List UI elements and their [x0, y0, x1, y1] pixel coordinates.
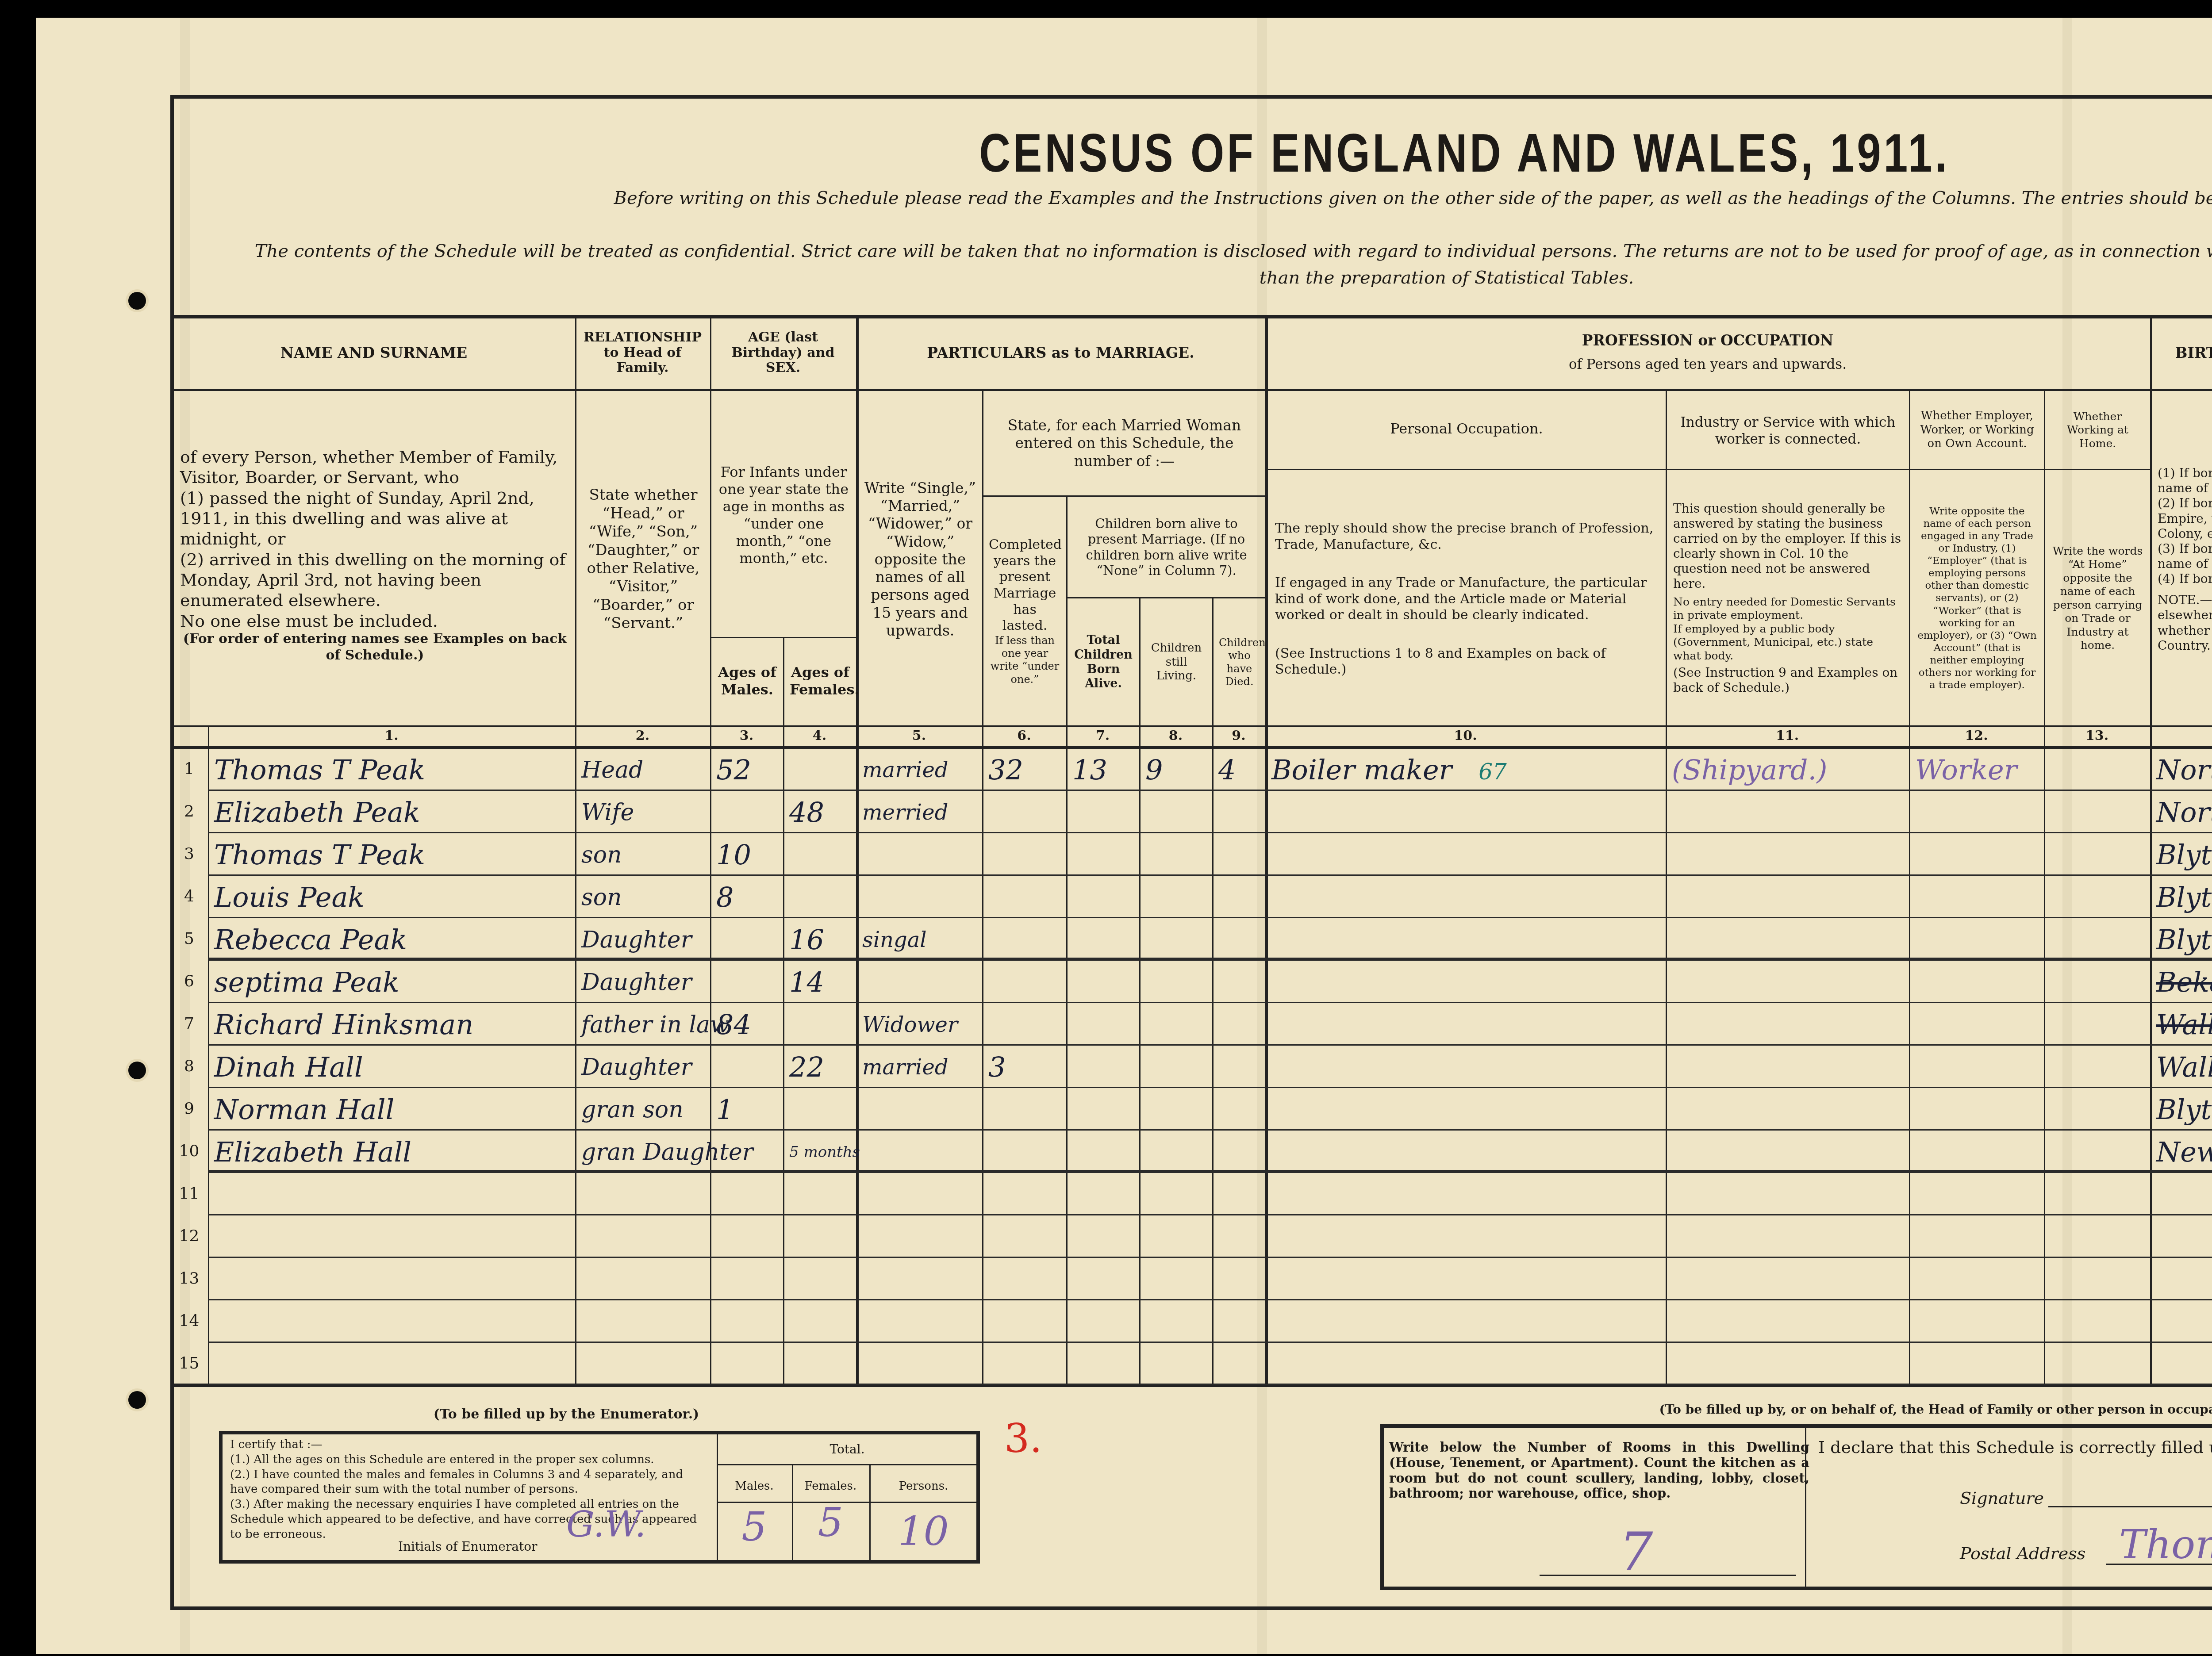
relationship-cell[interactable]: [581, 1261, 707, 1299]
home-cell[interactable]: [2050, 1218, 2147, 1256]
children-total-cell[interactable]: [1072, 1303, 1137, 1341]
marital-status-cell[interactable]: singal: [862, 921, 979, 959]
birthplace-cell[interactable]: [2156, 1218, 2212, 1256]
employer-cell[interactable]: [1915, 1176, 2041, 1214]
colnum-12: 12.: [1909, 728, 2044, 744]
relationship-cell[interactable]: father in law: [581, 1006, 707, 1044]
age-female-cell[interactable]: [789, 1345, 853, 1384]
home-instructions: Write the words “At Home” opposite the n…: [2045, 471, 2150, 725]
marital-status-cell[interactable]: [862, 1261, 979, 1299]
name-cell-value: septima Peak: [214, 966, 399, 998]
years-married-cell[interactable]: [988, 836, 1064, 874]
relationship-cell[interactable]: son: [581, 878, 707, 916]
birthplace-cell[interactable]: Bekals Blyth: [2156, 963, 2212, 1001]
occupation-cell[interactable]: [1271, 793, 1663, 832]
persons-total[interactable]: 10: [869, 1508, 978, 1555]
name-instr-line: (For order of entering names see Example…: [180, 631, 570, 663]
children-living-cell[interactable]: [1145, 1218, 1210, 1256]
table-row: 15: [170, 1343, 2212, 1385]
birthplace-instr-line: (2) If born in any other part of the Bri…: [2158, 496, 2212, 541]
employer-cell[interactable]: [1915, 1133, 2041, 1171]
children-died-cell[interactable]: [1218, 878, 1263, 916]
home-cell[interactable]: [2050, 793, 2147, 832]
children-living-cell[interactable]: [1145, 963, 1210, 1001]
name-cell[interactable]: Richard Hinksman: [214, 1006, 572, 1044]
age-male-cell[interactable]: [716, 1176, 780, 1214]
relationship-cell[interactable]: Head: [581, 751, 707, 789]
children-total-cell[interactable]: [1072, 1091, 1137, 1129]
industry-cell[interactable]: [1672, 963, 1906, 1001]
birthplace-instr-line: (4) If born at sea, write “At Sea.”: [2158, 571, 2212, 586]
header-rule: [170, 389, 2212, 391]
occupation-cell[interactable]: [1271, 963, 1663, 1001]
table-row: 6septima PeakDaughter14Bekals Blyth: [170, 961, 2212, 1003]
married-woman-instructions: State, for each Married Woman entered on…: [983, 391, 1265, 495]
birthplace-cell[interactable]: Blyth: [2156, 878, 2212, 916]
occupation-cell[interactable]: [1271, 836, 1663, 874]
age-female-cell[interactable]: 48: [789, 793, 853, 832]
employer-cell[interactable]: [1915, 921, 2041, 959]
children-living-cell[interactable]: [1145, 1345, 1210, 1384]
age-male-cell[interactable]: 8: [716, 878, 780, 916]
employer-cell[interactable]: [1915, 836, 2041, 874]
age-female-cell[interactable]: 22: [789, 1048, 853, 1086]
header-rule: [982, 495, 1265, 497]
employer-instructions: Write opposite the name of each person e…: [1910, 471, 2044, 725]
age-female-cell[interactable]: [789, 1006, 853, 1044]
name-cell-value: Elizabeth Hall: [214, 1136, 411, 1168]
occupation-cell[interactable]: [1271, 1303, 1663, 1341]
industry-cell[interactable]: [1672, 878, 1906, 916]
years-married-cell[interactable]: [988, 1345, 1064, 1384]
header-birthplace: BIRTHPLACE of every person.: [2150, 317, 2212, 389]
age-female-cell[interactable]: [789, 1091, 853, 1129]
home-cell[interactable]: [2050, 1345, 2147, 1384]
years-married-cell[interactable]: [988, 963, 1064, 1001]
occupation-cell[interactable]: [1271, 1261, 1663, 1299]
years-married-cell[interactable]: [988, 1176, 1064, 1214]
age-female-cell[interactable]: [789, 836, 853, 874]
marital-status-cell[interactable]: Widower: [862, 1006, 979, 1044]
age-male-cell-value: 84: [716, 1008, 751, 1041]
home-cell[interactable]: [2050, 1303, 2147, 1341]
age-female-cell-value: 48: [789, 796, 824, 828]
industry-cell[interactable]: [1672, 793, 1906, 832]
birthplace-cell-value: Blyth: [2156, 924, 2212, 956]
employer-cell[interactable]: [1915, 1048, 2041, 1086]
age-male-cell[interactable]: 52: [716, 751, 780, 789]
header-name: NAME AND SURNAME: [173, 317, 575, 389]
total-label: Total.: [717, 1442, 978, 1457]
name-cell[interactable]: [214, 1261, 572, 1299]
name-cell[interactable]: [214, 1303, 572, 1341]
name-cell[interactable]: Thomas T Peak: [214, 836, 572, 874]
home-cell[interactable]: [2050, 921, 2147, 959]
age-female-cell[interactable]: [789, 1176, 853, 1214]
age-male-cell[interactable]: [716, 793, 780, 832]
table-row: 10Elizabeth Hallgran Daughter5 monthsNew…: [170, 1131, 2212, 1173]
industry-cell[interactable]: [1672, 836, 1906, 874]
children-total-cell[interactable]: [1072, 1218, 1137, 1256]
row-number: 2: [170, 802, 208, 820]
table-row: 11: [170, 1173, 2212, 1215]
relationship-cell-value: Daughter: [581, 969, 692, 996]
marital-status-cell[interactable]: married: [862, 751, 979, 789]
table-row: 12: [170, 1215, 2212, 1258]
children-living-cell[interactable]: [1145, 1048, 1210, 1086]
children-total-cell[interactable]: [1072, 1345, 1137, 1384]
colnum-10: 10.: [1265, 728, 1666, 744]
children-living-cell[interactable]: [1145, 836, 1210, 874]
relationship-cell[interactable]: Daughter: [581, 921, 707, 959]
row-number: 9: [170, 1100, 208, 1118]
industry-cell[interactable]: [1672, 1176, 1906, 1214]
marital-status-cell[interactable]: merried: [862, 793, 979, 832]
age-male-cell[interactable]: 84: [716, 1006, 780, 1044]
years-married-cell[interactable]: 3: [988, 1048, 1064, 1086]
row-number: 7: [170, 1015, 208, 1033]
header-marriage: PARTICULARS as to MARRIAGE.: [856, 317, 1265, 389]
colnum-13: 13.: [2044, 728, 2150, 744]
marital-status-cell[interactable]: married: [862, 1048, 979, 1086]
age-male-cell[interactable]: [716, 1261, 780, 1299]
age-female-cell[interactable]: [789, 751, 853, 789]
occupation-cell[interactable]: [1271, 1133, 1663, 1171]
children-total-cell[interactable]: [1072, 1133, 1137, 1171]
industry-cell-value: (Shipyard.): [1672, 754, 1827, 786]
birthplace-cell[interactable]: North shields292 / 1: [2156, 751, 2212, 789]
birthplace-cell[interactable]: [2156, 1176, 2212, 1214]
row-rule: [208, 1384, 2212, 1385]
enumerator-initials[interactable]: G.W.: [566, 1504, 646, 1545]
children-living-cell[interactable]: [1145, 1133, 1210, 1171]
age-female-cell[interactable]: 5 months: [789, 1133, 853, 1171]
age-female-cell[interactable]: [789, 1303, 853, 1341]
industry-cell[interactable]: [1672, 1303, 1906, 1341]
home-cell[interactable]: [2050, 751, 2147, 789]
age-male-cell[interactable]: [716, 1133, 780, 1171]
relationship-cell[interactable]: Daughter: [581, 1048, 707, 1086]
children-died-cell[interactable]: [1218, 836, 1263, 874]
birthplace-cell[interactable]: Blyth: [2156, 836, 2212, 874]
children-total-cell[interactable]: [1072, 878, 1137, 916]
marital-status-cell[interactable]: [862, 836, 979, 874]
children-total-cell[interactable]: [1072, 1176, 1137, 1214]
signature-label: Signature: [1960, 1488, 2044, 1508]
home-cell[interactable]: [2050, 1261, 2147, 1299]
name-cell[interactable]: septima Peak: [214, 963, 572, 1001]
children-living-cell[interactable]: [1145, 1176, 1210, 1214]
children-total-cell[interactable]: 13: [1072, 751, 1137, 789]
years-married-cell[interactable]: [988, 878, 1064, 916]
age-female-cell[interactable]: [789, 878, 853, 916]
relationship-cell[interactable]: [581, 1345, 707, 1384]
birthplace-cell[interactable]: Blyth: [2156, 921, 2212, 959]
relationship-cell[interactable]: gran son: [581, 1091, 707, 1129]
children-living-label: Children still Living.: [1141, 599, 1212, 725]
rooms-count[interactable]: 7: [1619, 1522, 1653, 1583]
occupation-cell[interactable]: [1271, 921, 1663, 959]
row-number: 14: [170, 1312, 208, 1330]
children-living-cell[interactable]: 9: [1145, 751, 1210, 789]
home-cell[interactable]: [2050, 963, 2147, 1001]
row-number: 5: [170, 930, 208, 948]
name-cell[interactable]: [214, 1218, 572, 1256]
years-married-cell[interactable]: [988, 1006, 1064, 1044]
children-total-cell-value: 13: [1072, 754, 1107, 786]
home-cell[interactable]: [2050, 1006, 2147, 1044]
initials-label: Initials of Enumerator: [398, 1539, 538, 1554]
occupation-cell[interactable]: [1271, 1176, 1663, 1214]
industry-instr-line: If employed by a public body (Government…: [1673, 622, 1904, 663]
struck-birthplace: Bekals: [2156, 966, 2212, 998]
marital-status-cell[interactable]: [862, 963, 979, 1001]
name-cell[interactable]: Louis Peak: [214, 878, 572, 916]
occupation-cell[interactable]: [1271, 1218, 1663, 1256]
home-cell[interactable]: [2050, 1048, 2147, 1086]
colnum-14: 14.: [2150, 728, 2212, 744]
name-cell[interactable]: Elizabeth Hall: [214, 1133, 572, 1171]
years-married-cell[interactable]: 32: [988, 751, 1064, 789]
head-signature[interactable]: Thomas T Peak: [2119, 1522, 2212, 1568]
row-number: 13: [170, 1269, 208, 1288]
birthplace-cell[interactable]: North shields: [2156, 793, 2212, 832]
children-died-cell[interactable]: [1218, 1133, 1263, 1171]
children-died-cell[interactable]: [1218, 1176, 1263, 1214]
age-female-cell[interactable]: [789, 1261, 853, 1299]
age-female-cell[interactable]: 16: [789, 921, 853, 959]
age-male-cell[interactable]: 10: [716, 836, 780, 874]
marital-status-cell-value: married: [862, 758, 949, 782]
children-died-cell[interactable]: [1218, 1303, 1263, 1341]
row-rule: [208, 958, 2212, 961]
industry-cell[interactable]: [1672, 1345, 1906, 1384]
children-died-cell[interactable]: [1218, 1091, 1263, 1129]
birthplace-instr-line: NOTE.—In the case of persons born elsewh…: [2158, 593, 2212, 653]
industry-cell[interactable]: [1672, 1261, 1906, 1299]
children-total-cell[interactable]: [1072, 963, 1137, 1001]
age-female-cell[interactable]: [789, 1218, 853, 1256]
table-row: 9Norman Hallgran son1Blyth: [170, 1088, 2212, 1131]
children-died-cell[interactable]: [1218, 1261, 1263, 1299]
industry-cell[interactable]: (Shipyard.): [1672, 751, 1906, 789]
age-male-cell[interactable]: [716, 1345, 780, 1384]
marital-status-cell[interactable]: [862, 1176, 979, 1214]
children-total-cell[interactable]: [1072, 793, 1137, 832]
employer-cell[interactable]: [1915, 1261, 2041, 1299]
name-instructions: of every Person, whether Member of Famil…: [175, 394, 575, 717]
name-cell[interactable]: Rebecca Peak: [214, 921, 572, 959]
birthplace-cell[interactable]: Wallsend: [2156, 1048, 2212, 1086]
children-total-cell[interactable]: [1072, 1006, 1137, 1044]
children-total-cell[interactable]: [1072, 921, 1137, 959]
children-living-cell[interactable]: [1145, 1261, 1210, 1299]
age-female-cell[interactable]: 14: [789, 963, 853, 1001]
home-cell[interactable]: [2050, 1091, 2147, 1129]
total-rule: [717, 1464, 978, 1465]
employer-cell[interactable]: [1915, 1303, 2041, 1341]
relationship-instructions: State whether “Head,” or “Wife,” “Son,” …: [576, 394, 710, 725]
relationship-cell[interactable]: gran Daughter: [581, 1133, 707, 1171]
birthplace-cell[interactable]: [2156, 1303, 2212, 1341]
occupation-cell[interactable]: [1271, 878, 1663, 916]
header-age: AGE (last Birthday) and SEX.: [710, 317, 856, 389]
home-cell[interactable]: [2050, 1133, 2147, 1171]
occupation-cell[interactable]: [1271, 1006, 1663, 1044]
row-number: 3: [170, 845, 208, 863]
relationship-cell[interactable]: Daughter: [581, 963, 707, 1001]
age-male-cell-value: 1: [716, 1093, 733, 1126]
children-total-cell[interactable]: [1072, 1048, 1137, 1086]
occupation-cell[interactable]: [1271, 1091, 1663, 1129]
children-died-cell[interactable]: 4: [1218, 751, 1263, 789]
children-living-cell[interactable]: [1145, 1303, 1210, 1341]
colnum-2: 2.: [575, 728, 710, 744]
industry-cell[interactable]: [1672, 1048, 1906, 1086]
children-died-cell[interactable]: [1218, 1345, 1263, 1384]
age-male-cell[interactable]: [716, 963, 780, 1001]
name-cell[interactable]: [214, 1176, 572, 1214]
years-married-cell[interactable]: [988, 1091, 1064, 1129]
children-died-label: Children who have Died.: [1214, 599, 1265, 725]
name-cell-value: Thomas T Peak: [214, 754, 425, 786]
marital-status-cell[interactable]: [862, 1303, 979, 1341]
age-female-cell-value: 14: [789, 966, 824, 998]
years-married-cell[interactable]: [988, 1303, 1064, 1341]
relationship-cell[interactable]: [581, 1176, 707, 1214]
name-cell-value: Thomas T Peak: [214, 839, 425, 871]
colnum-8: 8.: [1139, 728, 1212, 744]
children-total-cell[interactable]: [1072, 836, 1137, 874]
row-number: 15: [170, 1354, 208, 1372]
birthplace-cell[interactable]: [2156, 1345, 2212, 1384]
children-died-cell[interactable]: [1218, 793, 1263, 832]
years-married-cell[interactable]: [988, 1133, 1064, 1171]
name-cell-value: Elizabeth Peak: [214, 796, 420, 828]
males-total[interactable]: 5: [717, 1504, 792, 1550]
colnum-6: 6.: [982, 728, 1066, 744]
home-cell[interactable]: [2050, 836, 2147, 874]
age-male-cell[interactable]: 1: [716, 1091, 780, 1129]
years-married-label: Completed years the present Marriage has…: [983, 498, 1066, 725]
industry-cell[interactable]: [1672, 1006, 1906, 1044]
industry-cell[interactable]: [1672, 1218, 1906, 1256]
subheader-rule: [170, 725, 2212, 727]
header-profession-sub: of Persons aged ten years and upwards.: [1265, 354, 2150, 376]
name-cell[interactable]: Thomas T Peak: [214, 751, 572, 789]
marital-status-cell[interactable]: [862, 1218, 979, 1256]
age-male-cell[interactable]: [716, 1303, 780, 1341]
relationship-cell[interactable]: [581, 1218, 707, 1256]
relationship-cell-value: Wife: [581, 799, 634, 826]
children-total-cell[interactable]: [1072, 1261, 1137, 1299]
colnum-1: 1.: [208, 728, 575, 744]
relationship-cell[interactable]: son: [581, 836, 707, 874]
age-male-cell[interactable]: [716, 921, 780, 959]
colnum-3: 3.: [710, 728, 783, 744]
certify-intro: I certify that :—: [230, 1437, 708, 1453]
occupation-cell-value: Boiler maker: [1271, 754, 1452, 786]
home-cell[interactable]: [2050, 1176, 2147, 1214]
birthplace-instr-line: (1) If born in the United Kingdom, write…: [2158, 466, 2212, 496]
table-row: 3Thomas T Peakson10Blyth: [170, 833, 2212, 876]
years-married-cell[interactable]: [988, 1261, 1064, 1299]
table-row: 8Dinah HallDaughter22married3Wallsend: [170, 1046, 2212, 1088]
home-cell[interactable]: [2050, 878, 2147, 916]
birthplace-cell[interactable]: Wallsend Bekals170Norfolk.: [2156, 1006, 2212, 1044]
employer-cell[interactable]: [1915, 793, 2041, 832]
age-male-cell[interactable]: [716, 1048, 780, 1086]
punch-hole-icon: [128, 1062, 146, 1079]
name-cell-value: Richard Hinksman: [214, 1008, 473, 1041]
employer-cell[interactable]: [1915, 1345, 2041, 1384]
signature-line: [2048, 1506, 2212, 1507]
children-living-cell[interactable]: [1145, 1006, 1210, 1044]
employer-cell-value: Worker: [1915, 754, 2017, 786]
rooms-instruction: Write below the Number of Rooms in this …: [1389, 1440, 1809, 1501]
females-label: Females.: [792, 1480, 869, 1493]
name-cell[interactable]: [214, 1345, 572, 1384]
occupation-cell[interactable]: [1271, 1345, 1663, 1384]
children-living-cell[interactable]: [1145, 921, 1210, 959]
industry-label: Industry or Service with which worker is…: [1667, 394, 1909, 469]
children-died-cell[interactable]: [1218, 1006, 1263, 1044]
children-died-cell[interactable]: [1218, 921, 1263, 959]
age-male-cell[interactable]: [716, 1218, 780, 1256]
occupation-cell[interactable]: [1271, 1048, 1663, 1086]
name-cell[interactable]: Dinah Hall: [214, 1048, 572, 1086]
employer-cell[interactable]: [1915, 963, 2041, 1001]
marital-status-cell[interactable]: [862, 1345, 979, 1384]
employer-cell[interactable]: [1915, 1218, 2041, 1256]
children-died-cell[interactable]: [1218, 963, 1263, 1001]
name-cell[interactable]: Elizabeth Peak: [214, 793, 572, 832]
years-married-cell[interactable]: [988, 921, 1064, 959]
occupation-cell[interactable]: Boiler maker67: [1271, 751, 1663, 789]
birthplace-cell[interactable]: [2156, 1261, 2212, 1299]
employer-cell[interactable]: Worker: [1915, 751, 2041, 789]
birthplace-cell[interactable]: New Begun: [2156, 1133, 2212, 1171]
name-cell[interactable]: Norman Hall: [214, 1091, 572, 1129]
table-row: 4Louis Peakson8Blyth: [170, 876, 2212, 918]
employer-cell[interactable]: [1915, 878, 2041, 916]
children-died-cell[interactable]: [1218, 1048, 1263, 1086]
years-married-cell[interactable]: [988, 793, 1064, 832]
relationship-cell[interactable]: Wife: [581, 793, 707, 832]
marital-status-cell[interactable]: [862, 1091, 979, 1129]
marital-status-cell[interactable]: [862, 1133, 979, 1171]
employer-cell[interactable]: [1915, 1091, 2041, 1129]
employer-label: Whether Employer, Worker, or Working on …: [1910, 391, 2044, 469]
marital-status-cell[interactable]: [862, 878, 979, 916]
colnum-9: 9.: [1212, 728, 1265, 744]
females-total[interactable]: 5: [792, 1499, 869, 1546]
relationship-cell-value: Head: [581, 757, 643, 783]
children-living-cell[interactable]: [1145, 793, 1210, 832]
occ-instr-line: If engaged in any Trade or Manufacture, …: [1275, 575, 1658, 624]
birthplace-cell[interactable]: Blyth: [2156, 1091, 2212, 1129]
industry-cell[interactable]: [1672, 1133, 1906, 1171]
industry-cell[interactable]: [1672, 921, 1906, 959]
industry-cell[interactable]: [1672, 1091, 1906, 1129]
children-died-cell[interactable]: [1218, 1218, 1263, 1256]
relationship-cell[interactable]: [581, 1303, 707, 1341]
years-married-cell[interactable]: [988, 1218, 1064, 1256]
employer-cell[interactable]: [1915, 1006, 2041, 1044]
children-living-cell[interactable]: [1145, 878, 1210, 916]
table-row: 2Elizabeth PeakWife48merriedNorth shield…: [170, 791, 2212, 833]
children-living-cell[interactable]: [1145, 1091, 1210, 1129]
